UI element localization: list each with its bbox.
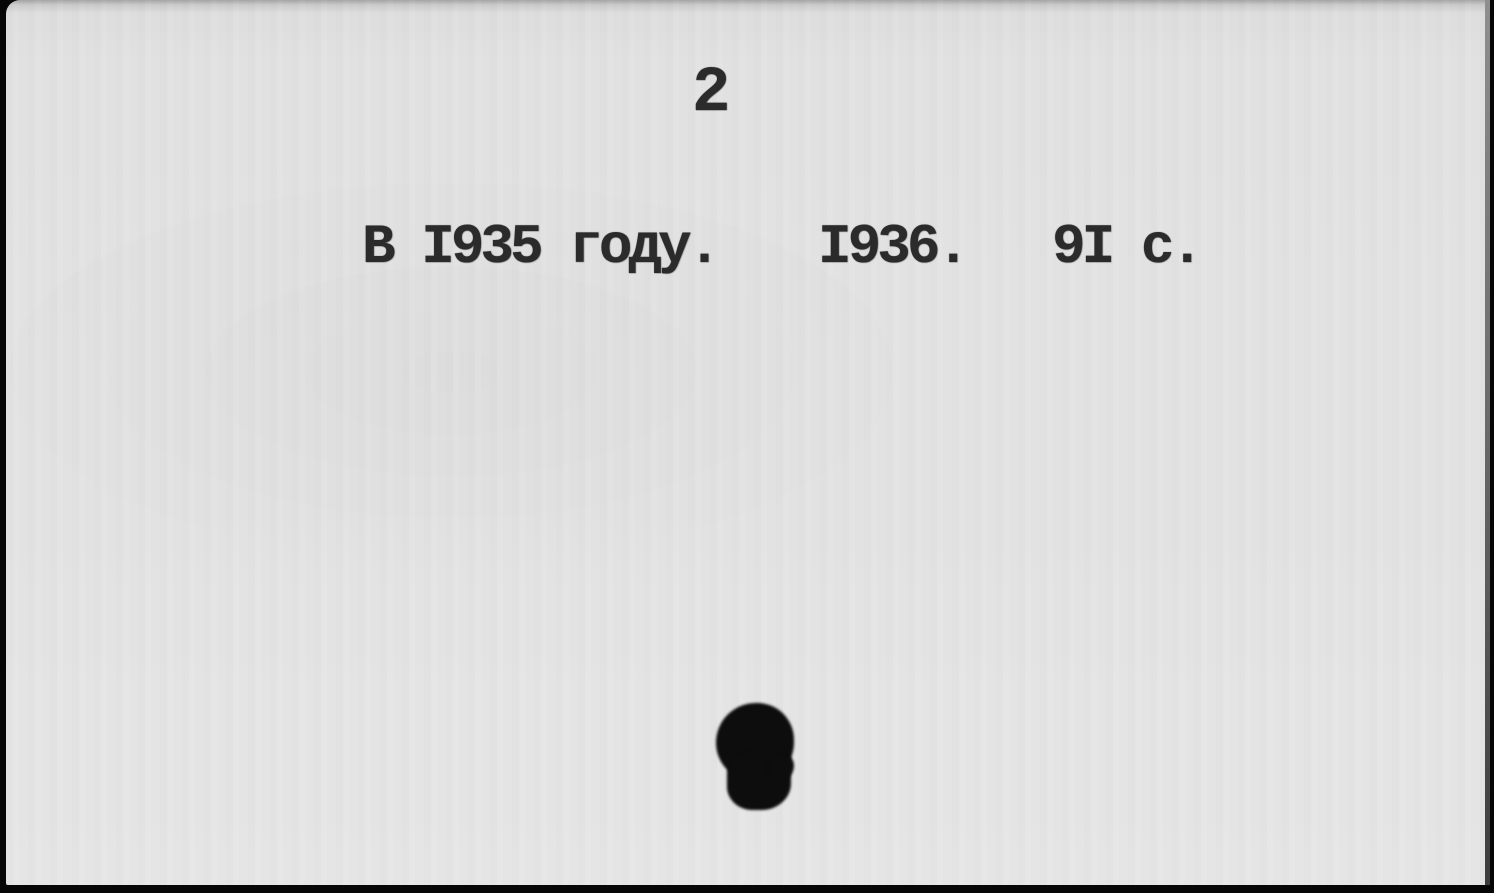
- entry-text-pages: 9I с.: [1052, 217, 1200, 277]
- entry-text-year: I936.: [818, 217, 966, 277]
- catalog-card: 2 В I935 году. I936. 9I с.: [6, 0, 1490, 885]
- entry-text-in-year: В I935 году.: [362, 217, 717, 277]
- ink-blot-side: [768, 752, 794, 780]
- card-right-edge-shade: [1485, 0, 1490, 885]
- ink-blot-mark: [712, 700, 802, 815]
- scanned-page: 2 В I935 году. I936. 9I с.: [0, 0, 1494, 893]
- page-number: 2: [692, 62, 730, 126]
